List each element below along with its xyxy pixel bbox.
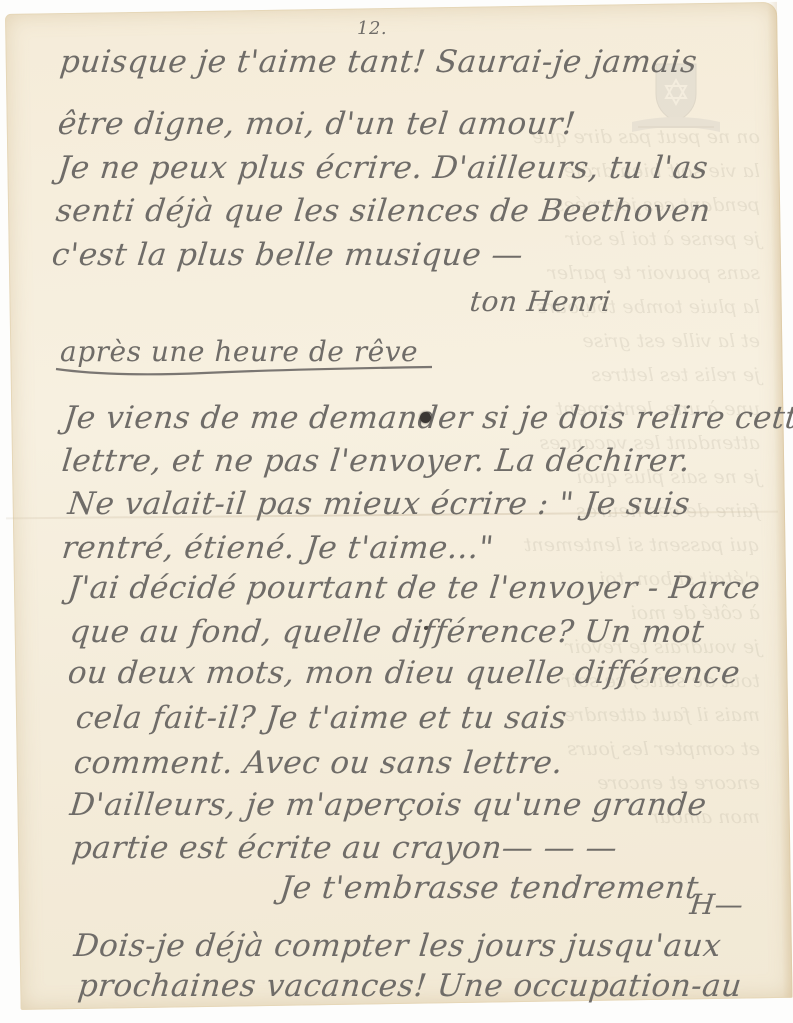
letter-line: rentré, étiené. Je t'aime..." [60, 530, 495, 566]
letter-line: Je ne peux plus écrire. D'ailleurs, tu l… [56, 150, 710, 186]
scanned-letter-page: on ne peut pas dire que la vie soit bien… [0, 0, 793, 1023]
closing: Je t'embrasse tendrement [278, 870, 700, 906]
letter-line: Dois-je déjà compter les jours jusqu'aux [72, 928, 723, 964]
initial-signature: H— [688, 888, 745, 921]
heading-underline [54, 365, 434, 379]
letter-line: partie est écrite au crayon— — — [70, 830, 619, 866]
letter-line: J'ai décidé pourtant de te l'envoyer - P… [66, 570, 762, 606]
page-number: 12. [357, 18, 387, 39]
letter-line: comment. Avec ou sans lettre. [72, 745, 565, 781]
section-heading: après une heure de rêve [60, 335, 418, 368]
signature: ton Henri [468, 285, 612, 318]
letter-line: ou deux mots, mon dieu quelle différence [66, 655, 742, 691]
letter-line: Ne valait-il pas mieux écrire : " Je sui… [66, 486, 692, 522]
letter-line: prochaines vacances! Une occupation-au [76, 968, 744, 1004]
letter-line: lettre, et ne pas l'envoyer. La déchirer… [60, 443, 692, 479]
letter-line: que au fond, quelle différence? Un mot [68, 614, 706, 650]
letter-line: D'ailleurs, je m'aperçois qu'une grande [68, 787, 708, 823]
letter-line: cela fait-il? Je t'aime et tu sais [74, 700, 569, 736]
letter-line: c'est la plus belle musique — [50, 237, 525, 273]
letter-line: senti déjà que les silences de Beethoven [54, 193, 712, 229]
letter-line: puisque je t'aime tant! Saurai-je jamais [58, 44, 699, 80]
pencil-speck [424, 626, 428, 630]
ink-blot [420, 412, 431, 423]
letter-line: être digne, moi, d'un tel amour! [56, 106, 577, 142]
